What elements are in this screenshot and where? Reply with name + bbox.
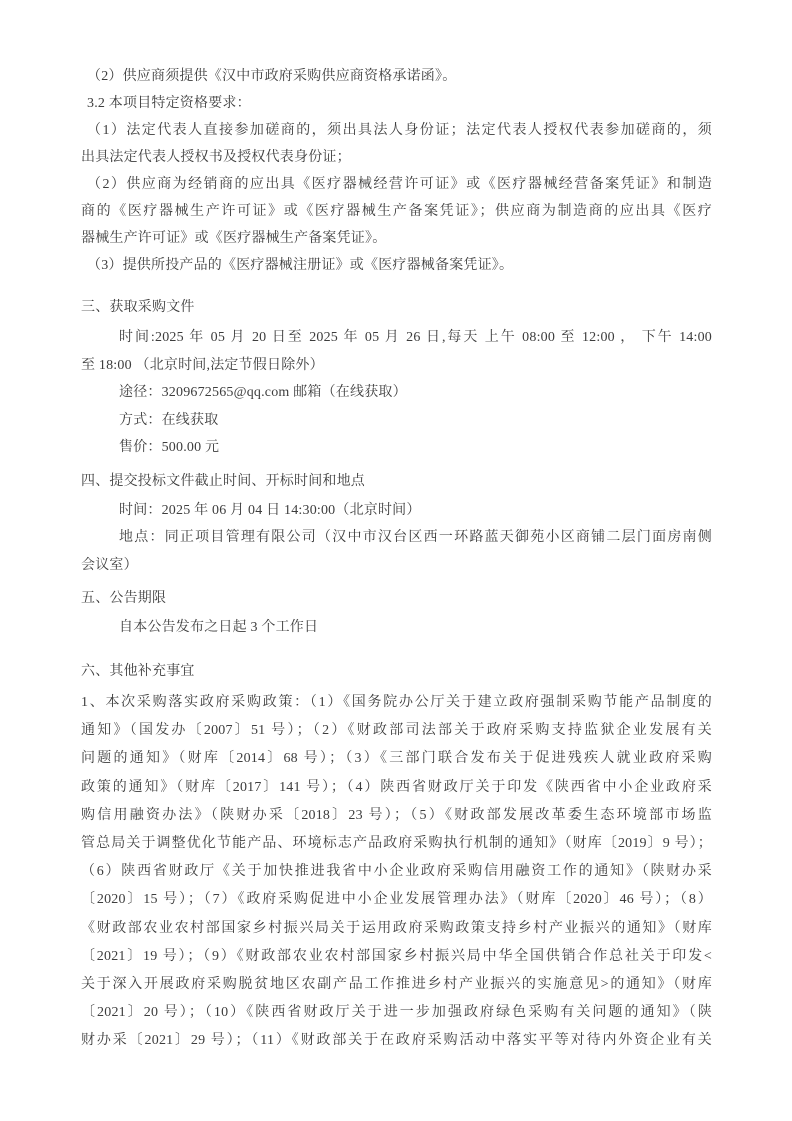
doc-line: 商的《医疗器械生产许可证》或《医疗器械生产备案凭证》；供应商为制造商的应出具《医… (81, 198, 712, 225)
doc-line: 3.2 本项目特定资格要求： (81, 90, 712, 117)
doc-line: 管总局关于调整优化节能产品、环境标志产品政府采购执行机制的通知》（财库〔2019… (81, 830, 712, 858)
doc-line: 政策的通知》（财库〔2017〕141 号）；（4）陕西省财政厅关于印发《陕西省中… (81, 774, 712, 802)
doc-line: 通知》（国发办〔2007〕51 号）；（2）《财政部司法部关于政府采购支持监狱企… (81, 717, 712, 745)
heading-section-6: 六、其他补充事宜 (81, 658, 712, 685)
doc-line: 购信用融资办法》（陕财办采〔2018〕23 号）；（5）《财政部发展改革委生态环… (81, 802, 712, 830)
heading-section-3: 三、获取采购文件 (81, 294, 712, 321)
doc-line: 时间:2025 年 05 月 20 日至 2025 年 05 月 26 日,每天… (81, 324, 712, 352)
doc-line: 地点：同正项目管理有限公司（汉中市汉台区西一环路蓝天御苑小区商铺二层门面房南侧 (81, 524, 712, 552)
heading-section-5: 五、公告期限 (81, 585, 712, 612)
qualification-block: （2）供应商须提供《汉中市政府采购供应商资格承诺函》。 3.2 本项目特定资格要… (81, 63, 712, 279)
doc-line: 〔2021〕20 号）；（10）《陕西省财政厅关于进一步加强政府绿色采购有关问题… (81, 999, 712, 1027)
doc-line: 关于深入开展政府采购脱贫地区农副产品工作推进乡村产业振兴的实施意见>的通知》（财… (81, 971, 712, 999)
doc-line: 出具法定代表人授权书及授权代表身份证； (81, 144, 712, 171)
doc-line: 《财政部农业农村部国家乡村振兴局关于运用政府采购政策支持乡村产业振兴的通知》（财… (81, 915, 712, 943)
doc-line: （2）供应商为经销商的应出具《医疗器械经营许可证》或《医疗器械经营备案凭证》和制… (81, 171, 712, 198)
doc-line: 至 18:00 （北京时间,法定节假日除外） (81, 352, 712, 380)
document-page: （2）供应商须提供《汉中市政府采购供应商资格承诺函》。 3.2 本项目特定资格要… (0, 0, 792, 1121)
section-6-body: 1、本次采购落实政府采购政策：（1）《国务院办公厅关于建立政府强制采购节能产品制… (81, 689, 712, 1056)
doc-line: 会议室） (81, 552, 712, 580)
doc-line: 方式：在线获取 (81, 407, 712, 435)
doc-line: 自本公告发布之日起 3 个工作日 (81, 614, 712, 641)
doc-line: 问题的通知》（财库〔2014〕68 号）；（3）《三部门联合发布关于促进残疾人就… (81, 745, 712, 773)
doc-line: 途径：3209672565@qq.com 邮箱（在线获取） (81, 379, 712, 407)
doc-line: （6）陕西省财政厅《关于加快推进我省中小企业政府采购信用融资工作的通知》（陕财办… (81, 858, 712, 886)
doc-line: 〔2020〕15 号）；（7）《政府采购促进中小企业发展管理办法》（财库〔202… (81, 886, 712, 914)
doc-line: 1、本次采购落实政府采购政策：（1）《国务院办公厅关于建立政府强制采购节能产品制… (81, 689, 712, 717)
doc-line: （2）供应商须提供《汉中市政府采购供应商资格承诺函》。 (81, 63, 712, 90)
doc-line: （1）法定代表人直接参加磋商的，须出具法人身份证；法定代表人授权代表参加磋商的，… (81, 117, 712, 144)
doc-line: 售价：500.00 元 (81, 434, 712, 462)
section-3-body: 时间:2025 年 05 月 20 日至 2025 年 05 月 26 日,每天… (81, 324, 712, 462)
doc-line: 〔2021〕19 号）；（9）《财政部农业农村部国家乡村振兴局中华全国供销合作总… (81, 943, 712, 971)
doc-line: 时间：2025 年 06 月 04 日 14:30:00（北京时间） (81, 497, 712, 525)
section-5-body: 自本公告发布之日起 3 个工作日 (81, 614, 712, 641)
doc-line: 财办采〔2021〕29 号）；（11）《财政部关于在政府采购活动中落实平等对待内… (81, 1027, 712, 1055)
doc-line: 器械生产许可证》或《医疗器械生产备案凭证》。 (81, 225, 712, 252)
doc-line: （3）提供所投产品的《医疗器械注册证》或《医疗器械备案凭证》。 (81, 252, 712, 279)
heading-section-4: 四、提交投标文件截止时间、开标时间和地点 (81, 468, 712, 495)
section-4-body: 时间：2025 年 06 月 04 日 14:30:00（北京时间） 地点：同正… (81, 497, 712, 580)
